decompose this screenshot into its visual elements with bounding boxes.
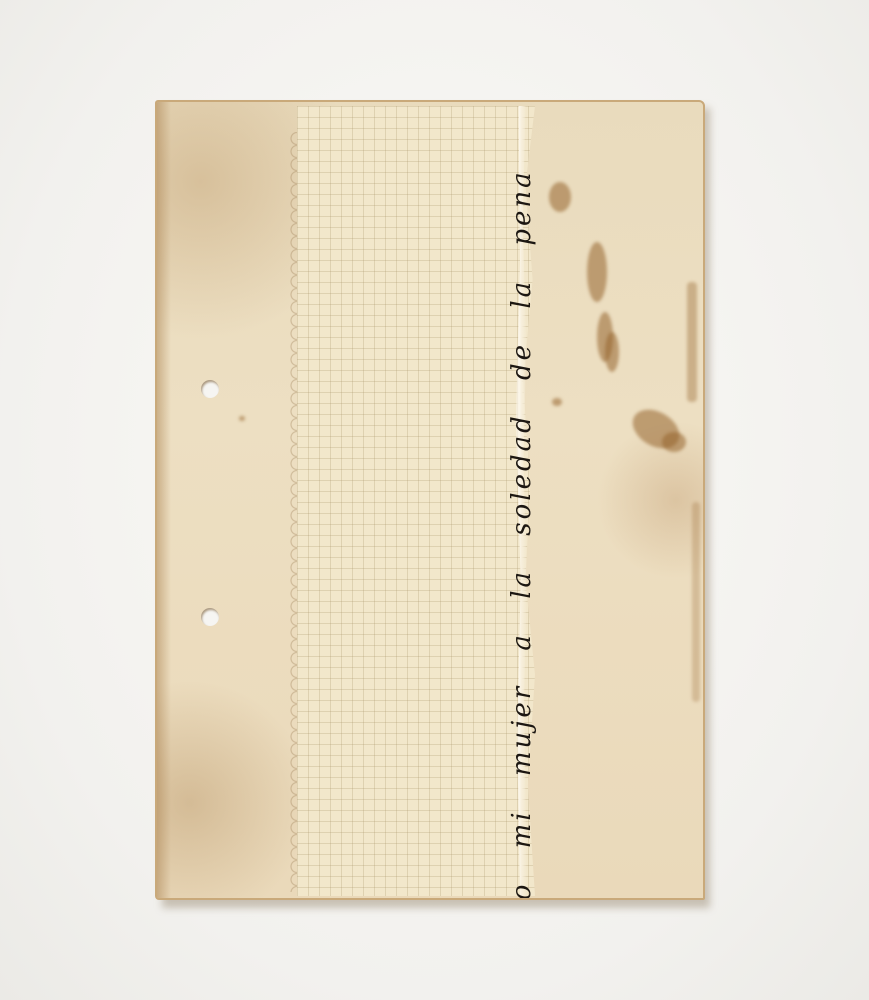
aged-paper-sheet: pierdo mi mujer a la soledad de la pena … <box>155 100 705 900</box>
punch-hole-top <box>201 380 219 398</box>
stain <box>239 416 245 421</box>
grid-paper-strip <box>297 106 535 896</box>
stain <box>692 502 700 702</box>
edge-stain <box>157 102 171 898</box>
stain <box>687 282 697 402</box>
spiral-perforation-edge <box>267 132 297 892</box>
stain <box>552 398 562 406</box>
stain <box>587 242 607 302</box>
stain <box>662 432 686 452</box>
stain <box>549 182 571 212</box>
punch-hole-bottom <box>201 608 219 626</box>
stain <box>605 332 619 372</box>
handwritten-note: pierdo mi mujer a la soledad de la pena <box>507 169 537 900</box>
